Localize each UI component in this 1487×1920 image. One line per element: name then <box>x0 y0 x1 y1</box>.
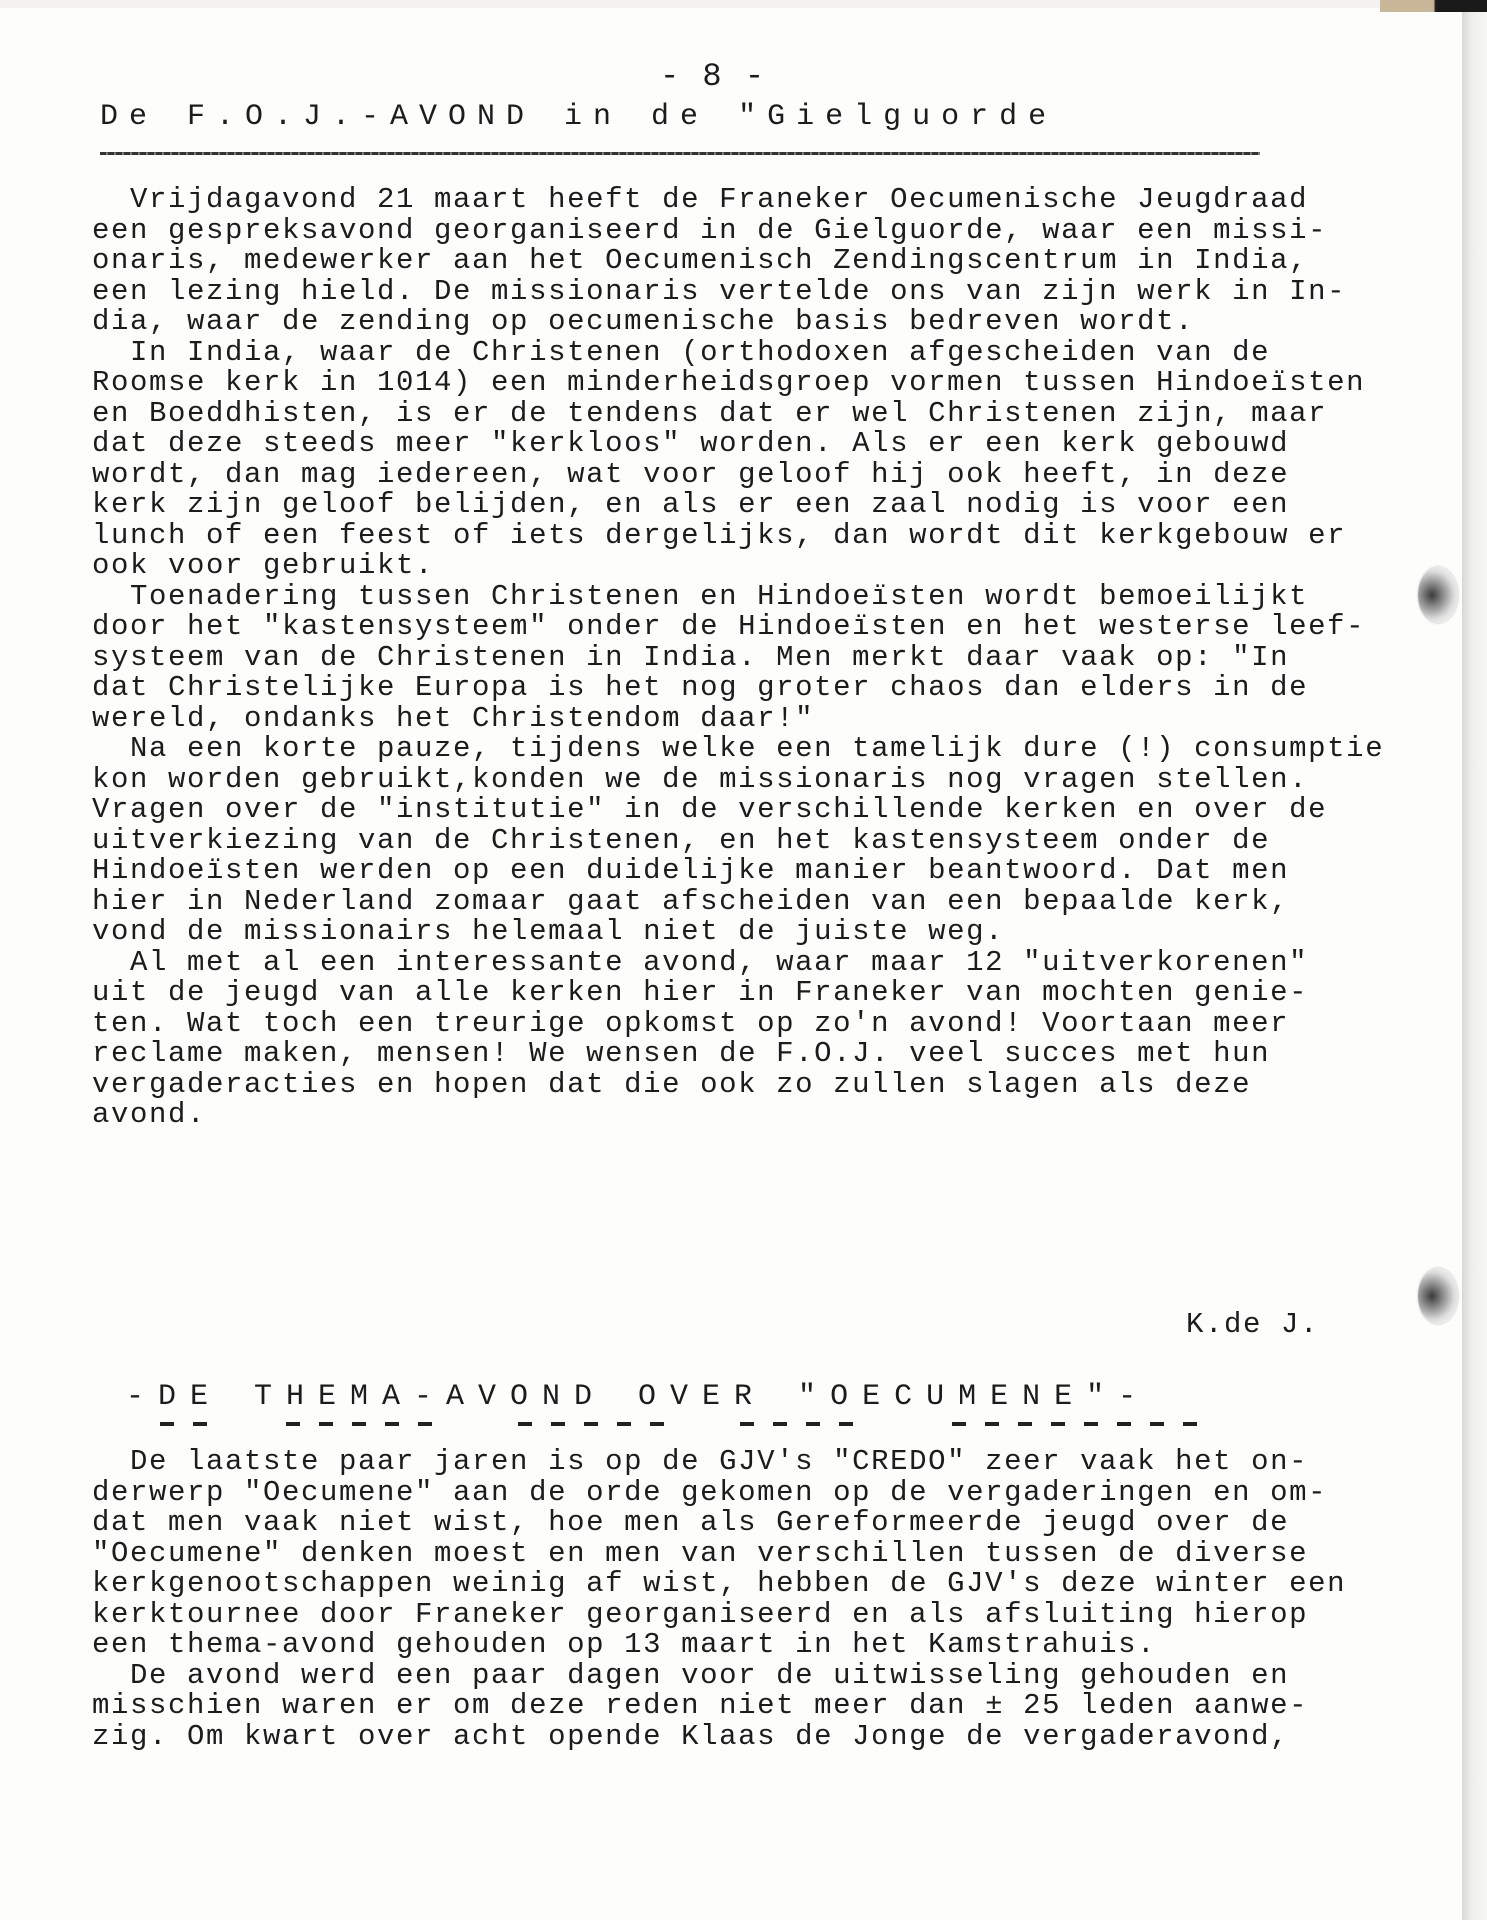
article-2-title: -DE THEMA-AVOND OVER "OECUMENE"- <box>126 1380 1150 1414</box>
text-line: dat Christelijke Europa is het nog grote… <box>92 673 1442 704</box>
article-1-body: Vrijdagavond 21 maart heeft de Franeker … <box>92 185 1442 1131</box>
title-divider <box>100 152 1260 155</box>
text-line: wereld, ondanks het Christendom daar!" <box>92 704 1442 735</box>
text-line: een lezing hield. De missionaris verteld… <box>92 277 1442 308</box>
text-line: en Boeddhisten, is er de tendens dat er … <box>92 399 1442 430</box>
text-line: Al met al een interessante avond, waar m… <box>92 948 1442 979</box>
text-line: vond de missionairs helemaal niet de jui… <box>92 917 1442 948</box>
text-line: dat deze steeds meer "kerkloos" worden. … <box>92 429 1442 460</box>
text-line: "Oecumene" denken moest en men van versc… <box>92 1539 1442 1570</box>
text-line: systeem van de Christenen in India. Men … <box>92 643 1442 674</box>
text-line: Vragen over de "institutie" in de versch… <box>92 795 1442 826</box>
text-line: uitverkiezing van de Christenen, en het … <box>92 826 1442 857</box>
text-line: een thema-avond gehouden op 13 maart in … <box>92 1630 1442 1661</box>
article-1-title: De F.O.J.-AVOND in de "Gielguorde <box>100 100 1057 134</box>
article-1-signature: K.de J. <box>1186 1308 1319 1341</box>
text-line: onaris, medewerker aan het Oecumenisch Z… <box>92 246 1442 277</box>
text-line: zig. Om kwart over acht opende Klaas de … <box>92 1722 1442 1753</box>
text-line: derwerp "Oecumene" aan de orde gekomen o… <box>92 1478 1442 1509</box>
article-2-body: De laatste paar jaren is op de GJV's "CR… <box>92 1447 1442 1752</box>
text-line: kerkgenootschappen weinig af wist, hebbe… <box>92 1569 1442 1600</box>
text-line: De avond werd een paar dagen voor de uit… <box>92 1661 1442 1692</box>
text-line: vergaderacties en hopen dat die ook zo z… <box>92 1070 1442 1101</box>
text-line: reclame maken, mensen! We wensen de F.O.… <box>92 1039 1442 1070</box>
text-line: lunch of een feest of iets dergelijks, d… <box>92 521 1442 552</box>
text-line: uit de jeugd van alle kerken hier in Fra… <box>92 978 1442 1009</box>
text-line: Vrijdagavond 21 maart heeft de Franeker … <box>92 185 1442 216</box>
binder-strip <box>1380 0 1487 12</box>
text-line: ook voor gebruikt. <box>92 551 1442 582</box>
text-line: hier in Nederland zomaar gaat afscheiden… <box>92 887 1442 918</box>
text-line: kerk zijn geloof belijden, en als er een… <box>92 490 1442 521</box>
text-line: Na een korte pauze, tijdens welke een ta… <box>92 734 1442 765</box>
text-line: In India, waar de Christenen (orthodoxen… <box>92 338 1442 369</box>
text-line: dat men vaak niet wist, hoe men als Gere… <box>92 1508 1442 1539</box>
punch-hole-icon <box>1418 1268 1458 1324</box>
text-line: Hindoeïsten werden op een duidelijke man… <box>92 856 1442 887</box>
page-edge-shadow <box>1462 0 1487 1920</box>
text-line: ten. Wat toch een treurige opkomst op zo… <box>92 1009 1442 1040</box>
text-line: Toenadering tussen Christenen en Hindoeï… <box>92 582 1442 613</box>
text-line: door het "kastensysteem" onder de Hindoe… <box>92 612 1442 643</box>
text-line: wordt, dan mag iedereen, wat voor geloof… <box>92 460 1442 491</box>
text-line: Roomse kerk in 1014) een minderheidsgroe… <box>92 368 1442 399</box>
page-number: - 8 - <box>660 58 766 95</box>
text-line: avond. <box>92 1100 1442 1131</box>
text-line: dia, waar de zending op oecumenische bas… <box>92 307 1442 338</box>
text-line: een gespreksavond georganiseerd in de Gi… <box>92 216 1442 247</box>
article-2-title-underline <box>126 1422 1226 1426</box>
text-line: De laatste paar jaren is op de GJV's "CR… <box>92 1447 1442 1478</box>
text-line: misschien waren er om deze reden niet me… <box>92 1691 1442 1722</box>
text-line: kerktournee door Franeker georganiseerd … <box>92 1600 1442 1631</box>
text-line: kon worden gebruikt,konden we de mission… <box>92 765 1442 796</box>
